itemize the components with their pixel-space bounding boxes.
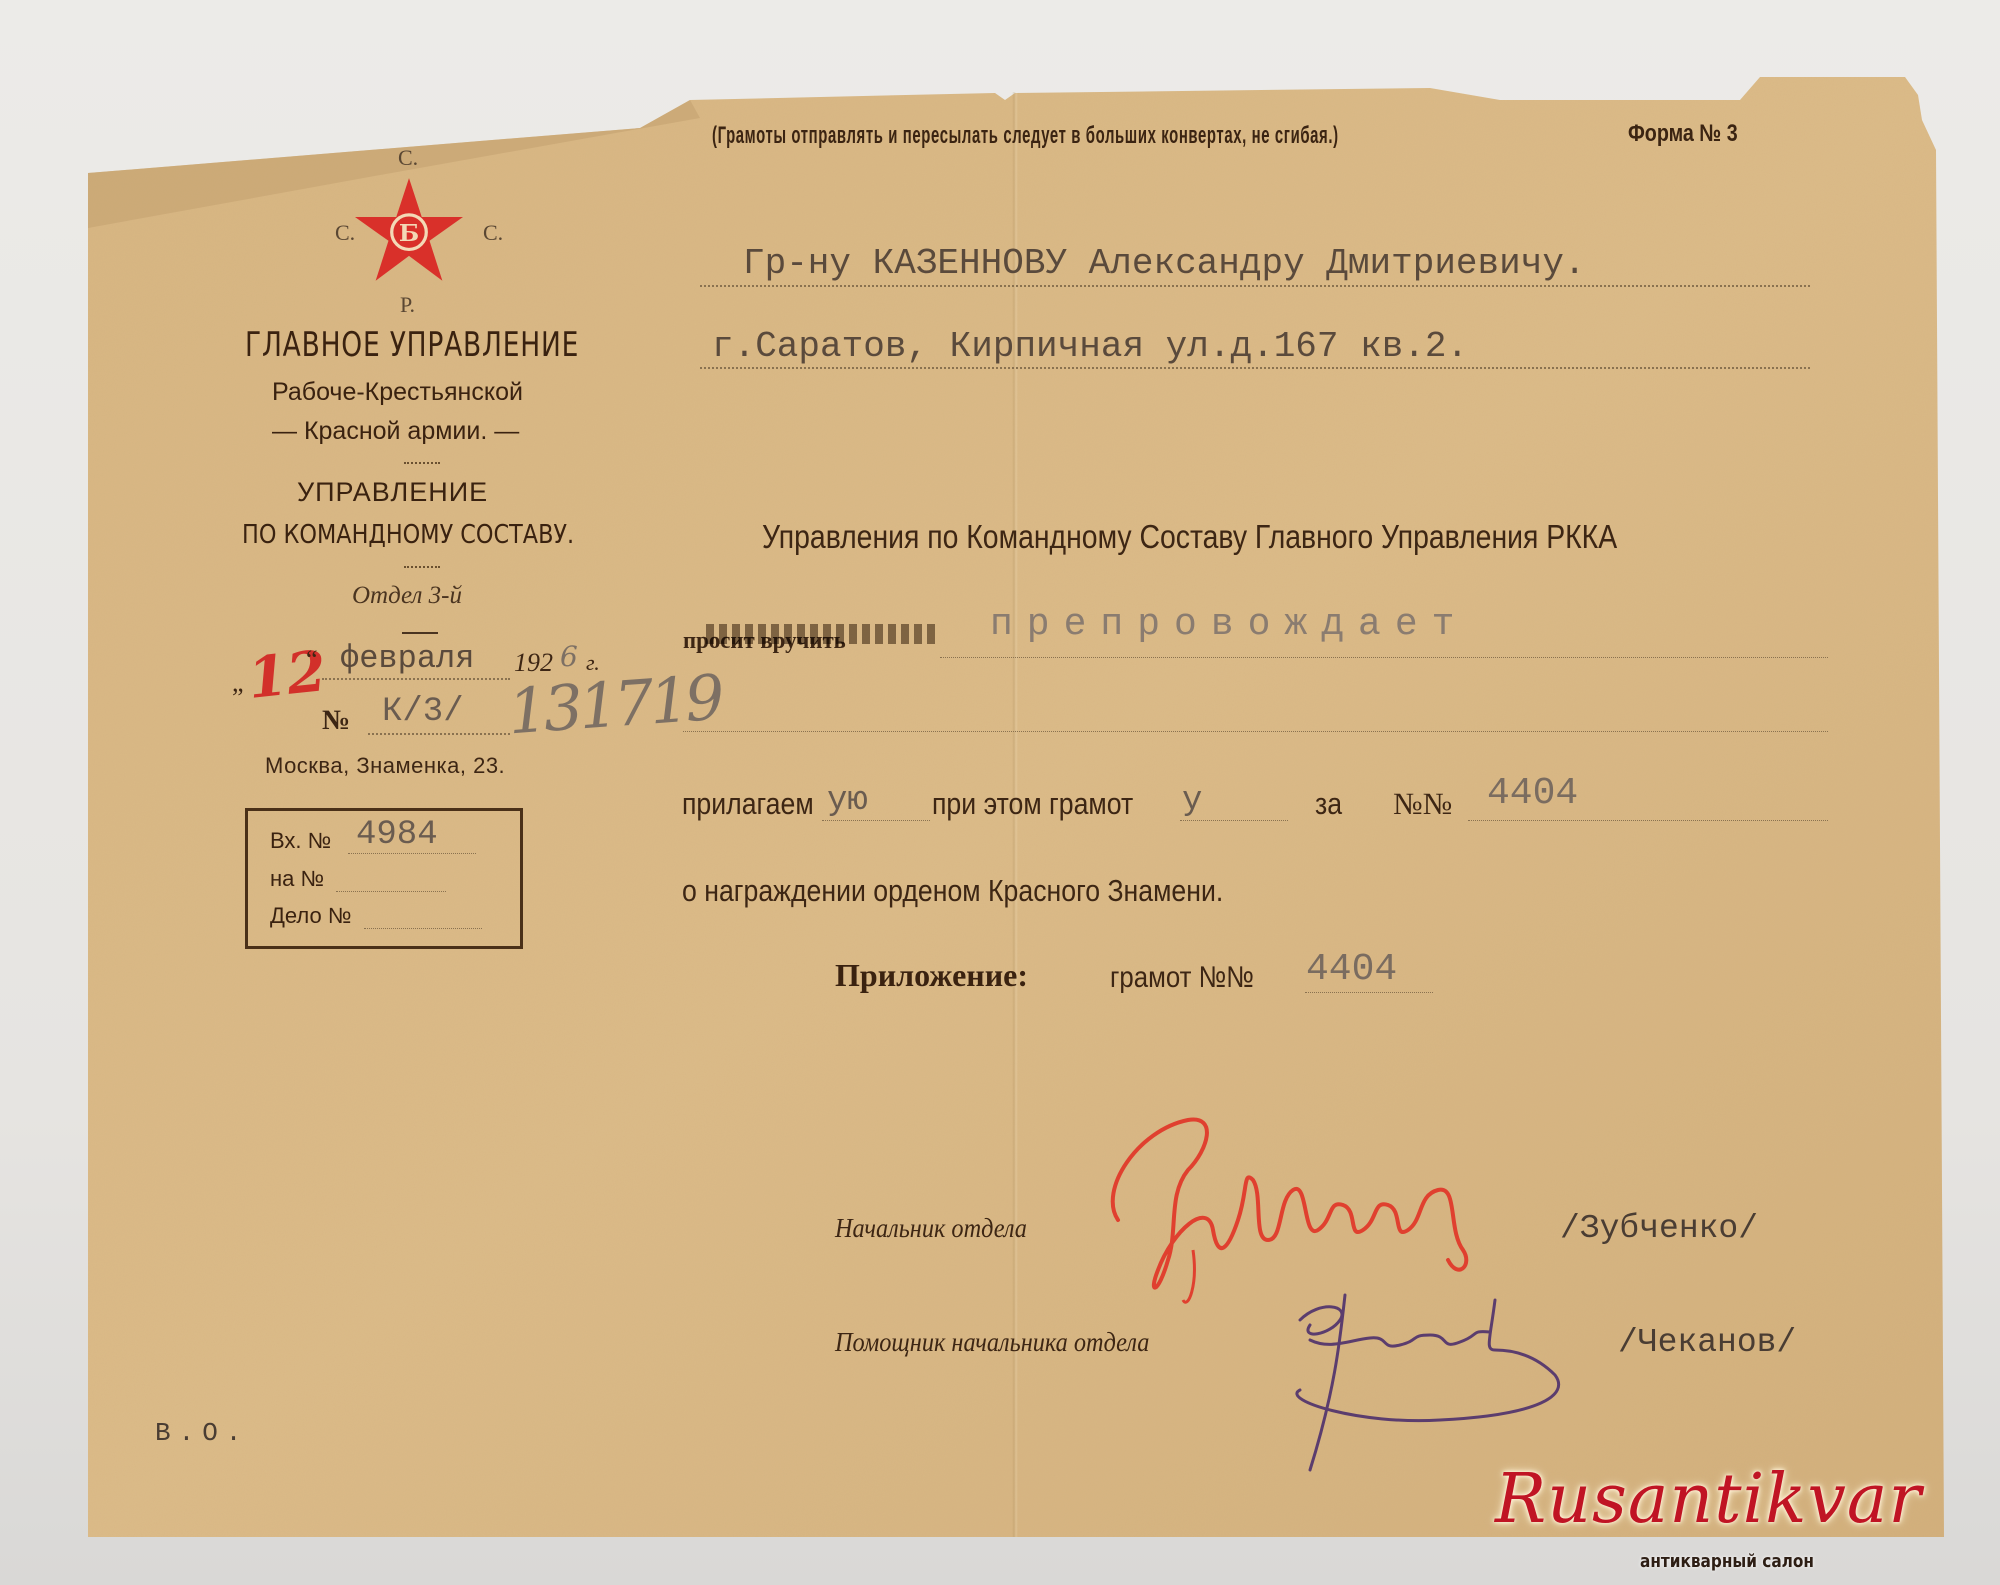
award-description: о награждении орденом Красного Знамени. (682, 873, 1223, 909)
incoming-stamp-box: Вх. № 4984 на № Дело № (245, 808, 523, 949)
sender-address: Москва, Знаменка, 23. (265, 753, 505, 779)
recipient-name: Гр-ну КАЗЕННОВУ Александру Дмитриевичу. (743, 243, 1586, 284)
reference-number-label: на № (270, 866, 324, 892)
letterhead-red-army: — Красной армии. — (272, 417, 519, 446)
appendix-text: грамот №№ (1110, 961, 1254, 995)
outgoing-dotted-line (368, 733, 510, 735)
mailing-instruction: (Грамоты отправлять и пересылать следует… (712, 122, 1339, 150)
deputy-signature-scribble (1240, 1280, 1640, 1480)
case-number-label: Дело № (270, 903, 351, 929)
footer-initials: В.О. (155, 1418, 249, 1448)
signature-title-deputy: Помощник начальника отдела (835, 1327, 1149, 1358)
strikeout-marks (706, 624, 938, 644)
document-sheet: (Грамоты отправлять и пересылать следует… (0, 0, 2000, 1585)
emblem-letter-right: С. (483, 220, 503, 246)
emblem-letter-bottom: Р. (400, 292, 415, 318)
department-label: Отдел 3-й (352, 582, 462, 610)
attach-ending-1: ую (827, 782, 868, 820)
date-dotted-line (322, 678, 510, 680)
form-number: Форма № 3 (1628, 120, 1738, 148)
head-typed-name: /Зубченко/ (1560, 1210, 1758, 1247)
date-open-quote: „ (232, 668, 244, 698)
attach-ending-2: у (1182, 782, 1202, 820)
red-star-icon: Б (355, 178, 463, 282)
reference-number-line (336, 891, 446, 892)
case-number-line (364, 928, 482, 929)
date-month: февраля (340, 640, 474, 677)
letterhead-main-directorate: ГЛАВНОЕ УПРАВЛЕНИЕ (245, 325, 579, 365)
deputy-typed-name: /Чеканов/ (1618, 1324, 1796, 1361)
outgoing-number-label: № (322, 705, 350, 737)
letterhead-command-staff: ПО КОМАНДНОМУ СОСТАВУ. (242, 520, 574, 550)
letterhead-workers-peasants: Рабоче-Крестьянской (272, 378, 523, 407)
attach-for: за (1315, 786, 1342, 822)
recipient-name-line (700, 285, 1810, 287)
date-close-quote: “ (306, 645, 318, 675)
outgoing-number-typed: К/3/ (382, 693, 464, 731)
incoming-number-value: 4984 (356, 816, 438, 854)
appendix-label: Приложение: (835, 957, 1028, 994)
signature-title-head: Начальник отдела (835, 1213, 1027, 1244)
emblem-letter-left: С. (335, 220, 355, 246)
letterhead-directorate: УПРАВЛЕНИЕ (297, 477, 488, 508)
verb-dotted-line (940, 657, 1828, 658)
attach-ending-line-2 (1180, 820, 1288, 821)
incoming-number-label: Вх. № (270, 828, 331, 854)
recipient-address: г.Саратов, Кирпичная ул.д.167 кв.2. (712, 326, 1468, 367)
emblem-letter-top: С. (398, 145, 418, 171)
divider (404, 566, 440, 569)
watermark-brand: Rusantikvar (1495, 1460, 1922, 1539)
watermark-logo: Rusantikvar (1495, 1460, 1922, 1539)
attach-number: 4404 (1487, 772, 1578, 815)
sender-organization: Управления по Командному Составу Главног… (762, 518, 1617, 556)
attach-number-line (1468, 820, 1828, 821)
recipient-address-line (700, 367, 1810, 369)
watermark-tagline: антикварный салон (1640, 1551, 1814, 1572)
date-year-digit: 6 (560, 640, 578, 673)
divider (402, 632, 438, 634)
appendix-number-line (1305, 992, 1433, 993)
svg-text:Б: Б (399, 219, 419, 247)
outgoing-number-handwritten: 131719 (506, 661, 723, 749)
attach-numbers-label: №№ (1393, 786, 1452, 822)
blank-dotted-line (683, 731, 1828, 732)
appendix-number: 4404 (1306, 948, 1397, 991)
verb-typed: препровождает (990, 603, 1468, 646)
attach-ending-line-1 (822, 820, 930, 821)
attach-middle: при этом грамот (932, 786, 1133, 822)
divider (404, 462, 440, 465)
attach-prefix: прилагаем (682, 786, 814, 822)
